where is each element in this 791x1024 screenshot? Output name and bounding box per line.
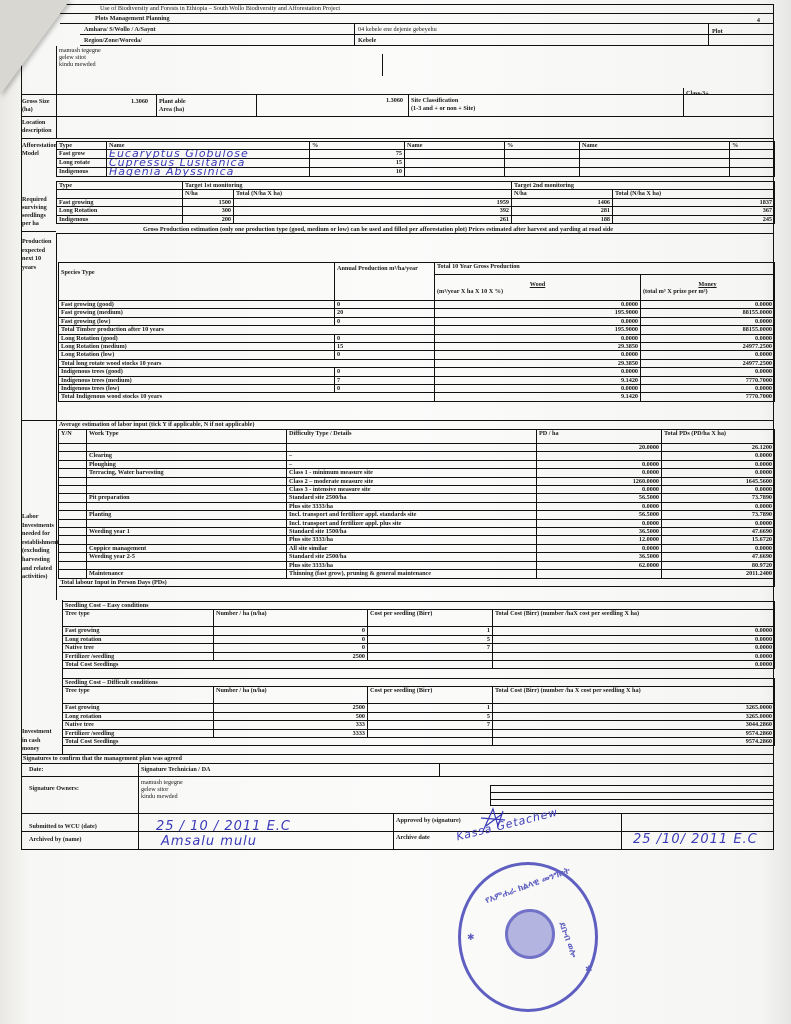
table-row: Plus site 3333/ha62.000080.9720 (59, 561, 775, 569)
seedling-difficult-table: Seedling Cost – Difficult conditions Tre… (62, 678, 775, 746)
labor-label: Labor Investments needed for establishme… (22, 513, 56, 582)
total-cost: 0.0000 (493, 635, 775, 643)
pd-per-ha: 36.5000 (537, 553, 662, 561)
production-banner: Gross Production estimation (only one pr… (143, 226, 613, 233)
cost-per-seedling (368, 652, 493, 660)
work-type: Terracing, Water harvesting (87, 469, 287, 477)
pd-per-ha (537, 570, 662, 578)
table-row: Class 3 - intensive measure site0.00000.… (59, 486, 775, 494)
archived-by-label: Archived by (name) (29, 836, 81, 843)
owners-signature-label: Signature Owners: (29, 785, 79, 792)
pd-per-ha: 0.0000 (537, 502, 662, 510)
tree-type: Native tree (63, 721, 214, 729)
yn-cell (59, 528, 87, 536)
region-row: Amhara/ S/Wollo / A/Saynt 04 kebele ene … (80, 24, 774, 35)
labor-table: Y/N Work Type Difficulty Type / Details … (58, 429, 775, 587)
yn-cell (59, 444, 87, 452)
annual-production: 0 (335, 317, 435, 325)
money-value: 24977.2500 (641, 359, 775, 367)
stamp-emblem-icon (505, 909, 555, 959)
work-type (87, 477, 287, 485)
number-per-ha: 2500 (214, 652, 368, 660)
table-row: Plus site 3333/ha12.000015.6720 (59, 536, 775, 544)
table-row: Fast growing250013265.0000 (63, 704, 775, 712)
row-label: Fast growing (good) (59, 301, 335, 309)
work-type: Maintenance (87, 570, 287, 578)
production-total-row: Total Indigenous wood stocks 10 years9.1… (59, 393, 775, 401)
difficulty-detail: Standard site 2500/ha (287, 494, 537, 502)
table-row: Long rotate Cupressus Lusitanica 15 (57, 159, 775, 168)
cost-per-seedling: 7 (368, 721, 493, 729)
wood-value: 0.0000 (435, 334, 641, 342)
investment-label: Investment in cash money (22, 728, 56, 754)
table-row: Plus site 3333/ha0.00000.0000 (59, 502, 775, 510)
table-row: Long Rotation 300 392 281 367 (57, 207, 775, 215)
total-pds: 0.0000 (662, 544, 775, 552)
gross-size-value: 1.3060 (131, 98, 148, 105)
plot-label: Plot (712, 28, 723, 35)
row-label: Indigenous trees (medium) (59, 376, 335, 384)
table-row: Fast growing 1500 1959 1406 1837 (57, 198, 775, 206)
table-row: Pit preparationStandard site 2500/ha56.5… (59, 494, 775, 502)
table-row: Fertilizer /seedling25000.0000 (63, 652, 775, 660)
difficulty-detail: Incl. transport and fertilizer appl. plu… (287, 519, 537, 527)
cost-per-seedling: 1 (368, 704, 493, 712)
pd-per-ha: 20.0000 (537, 444, 662, 452)
site-classification-value: Class-3+ (686, 90, 709, 97)
annual-production: 7 (335, 376, 435, 384)
tree-type: Long rotation (63, 635, 214, 643)
table-row: Weeding year 1Standard site 1500/ha36.50… (59, 528, 775, 536)
kebele-label: Kebele (354, 35, 376, 46)
plot-number: 4 (757, 17, 760, 24)
money-value: 0.0000 (641, 385, 775, 393)
wood-value: 0.0000 (435, 351, 641, 359)
difficulty-detail: Standard site 1500/ha (287, 528, 537, 536)
technician-signature-label: Signature Technician / DA (141, 766, 211, 773)
signatures-banner: Signatures to confirm that the managemen… (23, 755, 182, 762)
cost-per-seedling: 5 (368, 712, 493, 720)
table-row: Long rotation050.0000 (63, 635, 775, 643)
pd-per-ha: 0.0000 (537, 544, 662, 552)
difficulty-detail: Class 2 – moderate measure site (287, 477, 537, 485)
work-type: Pit preparation (87, 494, 287, 502)
plantable-value: 1.3060 (386, 97, 403, 104)
cost-per-seedling: 1 (368, 627, 493, 635)
wood-value: 0.0000 (435, 317, 641, 325)
archived-row: Archived by (name) Amsalu mulu Archive d… (21, 832, 774, 850)
pd-per-ha: 12.0000 (537, 536, 662, 544)
total-pds: 0.0000 (662, 486, 775, 494)
money-value: 7770.7000 (641, 376, 775, 384)
yn-cell (59, 494, 87, 502)
money-value: 0.0000 (641, 368, 775, 376)
work-type: Planting (87, 511, 287, 519)
row-label: Total long rotate wood stocks 10 years (59, 359, 435, 367)
wood-value: 0.0000 (435, 385, 641, 393)
table-row: Fertilizer /seedling33339574.2860 (63, 729, 775, 737)
surviving-table: Type Target 1st monitoring Target 2nd mo… (56, 181, 775, 224)
production-total-row: Total Timber production after 10 years19… (59, 326, 775, 334)
owners-signature-row: Signature Owners: mamush tegegne gelew s… (21, 777, 774, 814)
signatures-banner-row: Signatures to confirm that the managemen… (21, 754, 774, 764)
yn-cell (59, 519, 87, 527)
tree-type: Fast growing (63, 704, 214, 712)
yn-cell (59, 477, 87, 485)
row-label: Long Rotation (medium) (59, 343, 335, 351)
table-row: Indigenous trees (good)00.00000.0000 (59, 368, 775, 376)
total-cost: 0.0000 (493, 627, 775, 635)
total-pds: 2011.2400 (662, 570, 775, 578)
total-pds: 47.6690 (662, 553, 775, 561)
row-label: Long Rotation (good) (59, 334, 335, 342)
archived-by-name: Amsalu mulu (161, 834, 257, 849)
yn-cell (59, 452, 87, 460)
production-label: Production expected next 10 years (22, 238, 56, 272)
table-row: Indigenous Hagenia Abyssinica 10 (57, 168, 775, 177)
yn-cell (59, 502, 87, 510)
money-value: 0.0000 (641, 301, 775, 309)
pd-per-ha: 0.0000 (537, 519, 662, 527)
total-cost: 9574.2860 (493, 729, 775, 737)
money-value: 0.0000 (641, 317, 775, 325)
tree-type: Fertilizer /seedling (63, 652, 214, 660)
work-type (87, 561, 287, 569)
pd-per-ha (537, 452, 662, 460)
scanned-form-page: Use of Biodiversity and Forests in Ethio… (0, 0, 791, 1024)
pd-per-ha: 0.0000 (537, 460, 662, 468)
total-cost: 0.0000 (493, 644, 775, 652)
difficulty-detail: – (287, 452, 537, 460)
approved-label: Approved by (signature) (396, 817, 461, 824)
number-per-ha: 333 (214, 721, 368, 729)
row-label: Indigenous trees (low) (59, 385, 335, 393)
wood-value: 0.0000 (435, 368, 641, 376)
approval-scribble-icon (478, 806, 508, 836)
table-row: MaintenanceThinning (fast grow), pruning… (59, 570, 775, 578)
table-row: Coppice managementAll site similar0.0000… (59, 544, 775, 552)
money-value: 88155.0000 (641, 309, 775, 317)
tree-type: Fast growing (63, 627, 214, 635)
plantable-label: Plant able Area (ha) (159, 98, 186, 113)
number-per-ha: 3333 (214, 729, 368, 737)
total-pds: 0.0000 (662, 502, 775, 510)
location-label: Location description (22, 119, 56, 134)
tree-type: Native tree (63, 644, 214, 652)
total-pds: 80.9720 (662, 561, 775, 569)
pd-per-ha: 36.5000 (537, 528, 662, 536)
wood-value: 9.1420 (435, 376, 641, 384)
pen-mark (382, 54, 383, 76)
pd-per-ha: 56.5000 (537, 511, 662, 519)
wood-value: 195.9000 (435, 326, 641, 334)
work-type: Ploughing (87, 460, 287, 468)
total-pds: 26.1200 (662, 444, 775, 452)
owner-signature-lines (490, 785, 774, 806)
table-row: Ploughing–0.00000.0000 (59, 460, 775, 468)
table-row: Long rotation50053265.0000 (63, 712, 775, 720)
production-rows: Fast growing (good)00.00000.0000Fast gro… (59, 301, 775, 402)
annual-production: 0 (335, 301, 435, 309)
tree-type: Fertilizer /seedling (63, 729, 214, 737)
difficulty-detail: Class 3 - intensive measure site (287, 486, 537, 494)
number-per-ha: 0 (214, 644, 368, 652)
yn-cell (59, 553, 87, 561)
difficult-total-row: Total Cost Seedlings 9574.2860 (63, 738, 775, 746)
wood-value: 195.9000 (435, 309, 641, 317)
table-row: Weeding year 2-5Standard site 2500/ha36.… (59, 553, 775, 561)
region-label-row: Region/Zone/Woreda/ Kebele Plot (80, 35, 774, 46)
pd-per-ha: 62.0000 (537, 561, 662, 569)
total-pds: 0.0000 (662, 519, 775, 527)
table-row: Long Rotation (medium)1529.385024977.250… (59, 343, 775, 351)
seedling-easy-table: Seedling Cost – Easy conditions Tree typ… (62, 601, 775, 669)
kebele-value: 04 kebele ene dejenie gebeyehu (354, 24, 437, 35)
site-classification-label: Site Classification (1-3 and + or non + … (411, 97, 475, 112)
signature-owner-names: mamush tegegne gelew sitor kindu mewded (141, 780, 183, 800)
page-curl (0, 0, 70, 95)
pd-per-ha: 56.5000 (537, 494, 662, 502)
table-row: Native tree070.0000 (63, 644, 775, 652)
table-row: Fast grow Eucaryptus Globulose 75 (57, 150, 775, 159)
difficulty-detail: All site similar (287, 544, 537, 552)
work-type: Weeding year 1 (87, 528, 287, 536)
easy-total-row: Total Cost Seedlings 0.0000 (63, 661, 775, 669)
row-label: Total Indigenous wood stocks 10 years (59, 393, 435, 401)
number-per-ha: 2500 (214, 704, 368, 712)
afforestation-model-label: Afforestation Model (22, 142, 56, 157)
total-pds: 1645.5600 (662, 477, 775, 485)
pd-per-ha: 0.0000 (537, 486, 662, 494)
afforestation-header-row: Type Name % Name % Name % (57, 142, 775, 150)
project-title: Use of Biodiversity and Forests in Ethio… (100, 5, 340, 12)
yn-cell (59, 511, 87, 519)
gross-size-label: Gross Size (ha) (22, 98, 56, 113)
cost-per-seedling: 5 (368, 635, 493, 643)
official-stamp: የአምሐራ ክልላዊ መንግስት ደቡብ ወሎ ✱ ✱ (458, 862, 598, 1012)
total-cost: 0.0000 (493, 652, 775, 660)
work-type (87, 444, 287, 452)
annual-production: 15 (335, 343, 435, 351)
annual-production: 0 (335, 385, 435, 393)
date-row: Date: Signature Technician / DA (21, 764, 774, 777)
total-pds: 73.7890 (662, 511, 775, 519)
archive-date-label: Archive date (396, 834, 430, 841)
annual-production: 0 (335, 334, 435, 342)
difficulty-detail: Plus site 3333/ha (287, 561, 537, 569)
cost-per-seedling (368, 729, 493, 737)
number-per-ha: 0 (214, 627, 368, 635)
money-value: 0.0000 (641, 351, 775, 359)
annual-production: 0 (335, 368, 435, 376)
yn-cell (59, 544, 87, 552)
cost-per-seedling: 7 (368, 644, 493, 652)
row-label: Fast growing (medium) (59, 309, 335, 317)
yn-cell (59, 486, 87, 494)
yn-cell (59, 570, 87, 578)
location-row: Location description (21, 117, 774, 139)
labor-banner: Average estimation of labor input (tick … (59, 421, 254, 428)
wood-value: 9.1420 (435, 393, 641, 401)
table-row: Clearing–0.0000 (59, 452, 775, 460)
table-row: Native tree33373044.2860 (63, 721, 775, 729)
table-row: PlantingIncl. transport and fertilizer a… (59, 511, 775, 519)
table-row: Fast growing (good)00.00000.0000 (59, 301, 775, 309)
table-row: Fast growing (medium)20195.900088155.000… (59, 309, 775, 317)
tree-type: Long rotation (63, 712, 214, 720)
archive-date-value: 25 /10/ 2011 E.C (633, 832, 758, 847)
table-row: Indigenous trees (low)00.00000.0000 (59, 385, 775, 393)
money-value: 24977.2500 (641, 343, 775, 351)
money-value: 88155.0000 (641, 326, 775, 334)
total-pds: 0.0000 (662, 460, 775, 468)
table-row: Fast growing010.0000 (63, 627, 775, 635)
difficulty-detail: – (287, 460, 537, 468)
difficulty-detail (287, 444, 537, 452)
row-label: Total Timber production after 10 years (59, 326, 435, 334)
yn-cell (59, 460, 87, 468)
number-per-ha: 500 (214, 712, 368, 720)
yn-cell (59, 469, 87, 477)
difficulty-detail: Class 1 - minimum measure site (287, 469, 537, 477)
production-total-row: Total long rotate wood stocks 10 years29… (59, 359, 775, 367)
annual-production: 20 (335, 309, 435, 317)
table-row: Terracing, Water harvestingClass 1 - min… (59, 469, 775, 477)
submitted-label: Submitted to WCU (date) (29, 823, 97, 830)
submitted-row: Submitted to WCU (date) 25 / 10 / 2011 E… (21, 814, 774, 832)
work-type: Clearing (87, 452, 287, 460)
total-pds: 0.0000 (662, 452, 775, 460)
table-row: Indigenous 200 261 188 245 (57, 215, 775, 223)
work-type: Weeding year 2-5 (87, 553, 287, 561)
labor-total-row: Total labour Input in Person Days (PDs) (59, 578, 775, 586)
difficulty-detail: Plus site 3333/ha (287, 536, 537, 544)
table-row: 20.000026.1200 (59, 444, 775, 452)
total-cost: 3265.0000 (493, 704, 775, 712)
difficulty-detail: Standard site 2500/ha (287, 553, 537, 561)
table-row: Indigenous trees (medium)79.14207770.700… (59, 376, 775, 384)
money-value: 0.0000 (641, 334, 775, 342)
table-row: Class 2 – moderate measure site1260.0000… (59, 477, 775, 485)
annual-production: 0 (335, 351, 435, 359)
work-type (87, 486, 287, 494)
work-type (87, 502, 287, 510)
work-type: Coppice management (87, 544, 287, 552)
date-label: Date: (29, 766, 43, 773)
wood-value: 0.0000 (435, 301, 641, 309)
labor-rows: 20.000026.1200Clearing–0.0000Ploughing–0… (59, 444, 775, 579)
pd-per-ha: 0.0000 (537, 469, 662, 477)
production-table: Species Type Annual Production m³/ha/yea… (58, 262, 775, 402)
afforestation-table: Type Name % Name % Name % Fast grow Euca… (56, 141, 775, 177)
table-row: Incl. transport and fertilizer appl. plu… (59, 519, 775, 527)
owners-row: mamush tegegne gelew sitot kindu mewded (21, 46, 774, 95)
yn-cell (59, 536, 87, 544)
total-cost: 3044.2860 (493, 721, 775, 729)
yn-cell (59, 561, 87, 569)
subtitle-row: Plots Management Planning 4 (60, 14, 774, 24)
difficulty-detail: Plus site 3333/ha (287, 502, 537, 510)
total-pds: 73.7890 (662, 494, 775, 502)
project-title-row: Use of Biodiversity and Forests in Ethio… (60, 4, 774, 14)
total-pds: 15.6720 (662, 536, 775, 544)
total-pds: 47.6690 (662, 528, 775, 536)
money-value: 7770.7000 (641, 393, 775, 401)
total-pds: 0.0000 (662, 469, 775, 477)
site-row: Gross Size (ha) 1.3060 Plant able Area (… (21, 95, 774, 117)
wood-value: 29.3850 (435, 343, 641, 351)
work-type (87, 519, 287, 527)
region-value: Amhara/ S/Wollo / A/Saynt (84, 26, 156, 33)
difficulty-detail: Thinning (fast grow), pruning & general … (287, 570, 537, 578)
region-label: Region/Zone/Woreda/ (84, 37, 142, 44)
row-label: Long Rotation (low) (59, 351, 335, 359)
number-per-ha: 0 (214, 635, 368, 643)
table-row: Long Rotation (good)00.00000.0000 (59, 334, 775, 342)
form-subtitle: Plots Management Planning (95, 15, 170, 22)
work-type (87, 536, 287, 544)
row-label: Indigenous trees (good) (59, 368, 335, 376)
table-row: Fast growing (low)00.00000.0000 (59, 317, 775, 325)
difficulty-detail: Incl. transport and fertilizer appl. sta… (287, 511, 537, 519)
production-banner-row: Gross Production estimation (only one pr… (56, 225, 774, 234)
pd-per-ha: 1260.0000 (537, 477, 662, 485)
total-cost: 3265.0000 (493, 712, 775, 720)
row-label: Fast growing (low) (59, 317, 335, 325)
table-row: Long Rotation (low)00.00000.0000 (59, 351, 775, 359)
wood-value: 29.3850 (435, 359, 641, 367)
